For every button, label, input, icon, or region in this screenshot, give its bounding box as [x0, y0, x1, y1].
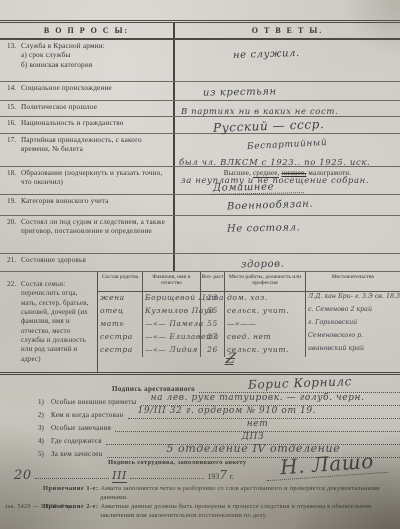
item-label: Особые замечания — [51, 424, 111, 432]
question-row-15: 15.Политическое прошлое В партиях ни в к… — [0, 101, 400, 117]
family-row-work: свед. нет — [224, 331, 305, 344]
question-row-16: 16.Национальность и гражданство Русский … — [0, 117, 400, 134]
handwritten-answer: Русский — ссср. — [213, 117, 325, 135]
handwritten-answer: Домашнее — [209, 181, 304, 195]
family-row-name: —«— Елизавета — [142, 331, 200, 344]
family-row-residence: ивановский край — [305, 344, 400, 357]
question-row-14: 14.Социальное происхождение из крестьян — [0, 82, 400, 101]
family-table: Состав родства Фамилия, имя и отчество В… — [97, 272, 400, 372]
column-header-work: Место работы, должность или профессия — [224, 272, 305, 292]
question-text: Состояние здоровья — [21, 256, 86, 271]
question-number: 22. — [7, 280, 21, 372]
question-text: Национальность и гражданство — [21, 119, 124, 133]
date-suffix: г. — [230, 472, 234, 481]
date-year-digit-handwritten: 7 — [219, 468, 227, 482]
column-header-name: Фамилия, имя и отчество — [142, 272, 200, 292]
question-text: Категория воинского учета — [21, 197, 108, 215]
column-header-age: Воз- раст — [200, 272, 224, 292]
family-row-relation: сестра — [98, 344, 142, 357]
question-number: 19. — [7, 197, 21, 215]
column-header-residence: Местожительство — [305, 272, 400, 292]
education-option-secondary-underlined: среднее, — [253, 169, 280, 178]
dotted-fill-line — [35, 467, 109, 479]
question-row-20: 20.Состоял ли под судом и следствием, а … — [0, 216, 400, 254]
family-row-age: 23 — [200, 292, 224, 305]
date-month-handwritten: III — [112, 469, 127, 483]
arrest-details-section: Подпись арестованного Борис Корнилс 1) О… — [0, 375, 400, 521]
family-row-residence: с. Семеново 2 край — [305, 305, 400, 318]
family-row-age: 26 — [200, 344, 224, 357]
question-row-19: 19.Категория воинского учета Военнообяза… — [0, 195, 400, 216]
question-number: 17. — [7, 136, 21, 166]
question-number: 14. — [7, 84, 21, 100]
questions-column-header: В О П Р О С Ы: — [0, 23, 173, 38]
item-label: Особые внешние приметы — [51, 398, 137, 406]
officer-signature-block: Подпись сотрудника, заполнившего анкету … — [0, 458, 400, 485]
question-text: Образование (подчеркнуть и указать точно… — [21, 169, 170, 194]
item-number: 5) — [38, 450, 51, 458]
date-row: 20 III 193 7 г. — [14, 467, 234, 483]
family-row-relation: жена — [98, 292, 142, 305]
form-header-band: В О П Р О С Ы: О Т В Е Т Ы. — [0, 20, 400, 40]
handwritten-answer: Военнообязан. — [227, 198, 314, 212]
item-number: 2) — [38, 411, 51, 419]
family-row-residence: г. Горьковский — [305, 318, 400, 331]
education-options: Высшее, среднее, низшее, малограмотн. — [175, 167, 400, 177]
family-row-name: —«— Лидия — [142, 344, 200, 357]
handwritten-answer: здоров. — [241, 259, 285, 271]
arrest-questionnaire-scan: В О П Р О С Ы: О Т В Е Т Ы. 13.Служба в … — [0, 0, 400, 529]
footnote-1-text: Анкета заполняется четко и разборчиво со… — [100, 485, 380, 501]
column-header-relation: Состав родства — [98, 272, 142, 292]
family-row-residence: Л.Д. кан Бри- г. З.Э св. 18.3 — [305, 292, 400, 305]
print-run-code: зак. 5429 — 30000. Стр. — [5, 504, 73, 510]
family-row-relation: мать — [98, 318, 142, 331]
family-row-work: —«—— — [224, 318, 305, 331]
question-number: 20. — [7, 218, 21, 253]
question-row-21: 21.Состояние здоровья здоров. — [0, 254, 400, 272]
dotted-fill-line — [130, 467, 204, 479]
education-option-higher: Высшее, — [224, 169, 251, 177]
date-day-handwritten: 20 — [14, 468, 32, 483]
question-row-18: 18.Образование (подчеркнуть и указать то… — [0, 167, 400, 195]
top-margin — [0, 0, 400, 20]
question-text: Состоял ли под судом и следствием, а так… — [21, 218, 170, 253]
question-number: 18. — [7, 169, 21, 194]
family-row-name: —«— Памела — [142, 318, 200, 331]
family-row-name: Борищевой Цита — [142, 292, 200, 305]
footnote-1-label: Примечание 1-е: — [43, 485, 99, 492]
footnote-1: Примечание 1-е: Анкета заполняется четко… — [0, 485, 394, 502]
handwritten-answer-line: Беспартийный — [247, 138, 328, 152]
item-number: 4) — [38, 437, 51, 445]
family-row-relation: сестра — [98, 331, 142, 344]
officer-signature-label: Подпись сотрудника, заполнившего анкету — [108, 459, 246, 466]
handwritten-answer: не служил. — [233, 48, 300, 61]
family-row-name: Кузмилов Пауд — [142, 305, 200, 318]
family-row-work: дом. хоз. — [224, 292, 305, 305]
question-number: 13. — [7, 42, 21, 81]
question-text: Социальное происхождение — [21, 84, 112, 100]
family-row-age: 55 — [200, 318, 224, 331]
question-text: Политическое прошлое — [21, 103, 97, 116]
question-text: Служба в Красной армии: а) срок службы б… — [21, 42, 105, 81]
item-label: Кем и когда арестован — [51, 411, 124, 419]
question-number: 15. — [7, 103, 21, 116]
education-option-semiliterate: малограмотн. — [308, 169, 351, 177]
education-option-lower-struck: низшее, — [281, 169, 306, 177]
family-row-relation: отец — [98, 305, 142, 318]
question-text: Партийная принадлежность, с какого време… — [21, 136, 170, 166]
item-number: 1) — [38, 398, 51, 406]
item-number: 3) — [38, 424, 51, 432]
handwritten-answer: Не состоял. — [227, 222, 300, 234]
family-row-work: сельск. учит. — [224, 305, 305, 318]
date-year-printed: 193 — [207, 472, 219, 481]
question-number: 21. — [7, 256, 21, 271]
family-row-age: 55 — [200, 305, 224, 318]
question-row-17: 17.Партийная принадлежность, с какого вр… — [0, 134, 400, 167]
question-text: Состав семьи: перечислить отца, мать, се… — [21, 280, 95, 372]
question-number: 16. — [7, 119, 21, 133]
item-label: За кем зачислен — [51, 450, 103, 458]
handwritten-answer: из крестьян — [203, 86, 277, 98]
family-row-age: 27 — [200, 331, 224, 344]
item-label: Где содержится — [51, 437, 102, 445]
family-row-residence: Семеновского р. — [305, 331, 400, 344]
handwritten-answer: В партиях ни в каких не сост. — [181, 107, 338, 117]
answers-column-header: О Т В Е Т Ы. — [173, 23, 400, 38]
family-members-section: 22.Состав семьи: перечислить отца, мать,… — [0, 272, 400, 375]
question-row-13: 13.Служба в Красной армии: а) срок служб… — [0, 40, 400, 82]
footnote-2-text: Анкетные данные должны быть проверены в … — [100, 503, 371, 519]
